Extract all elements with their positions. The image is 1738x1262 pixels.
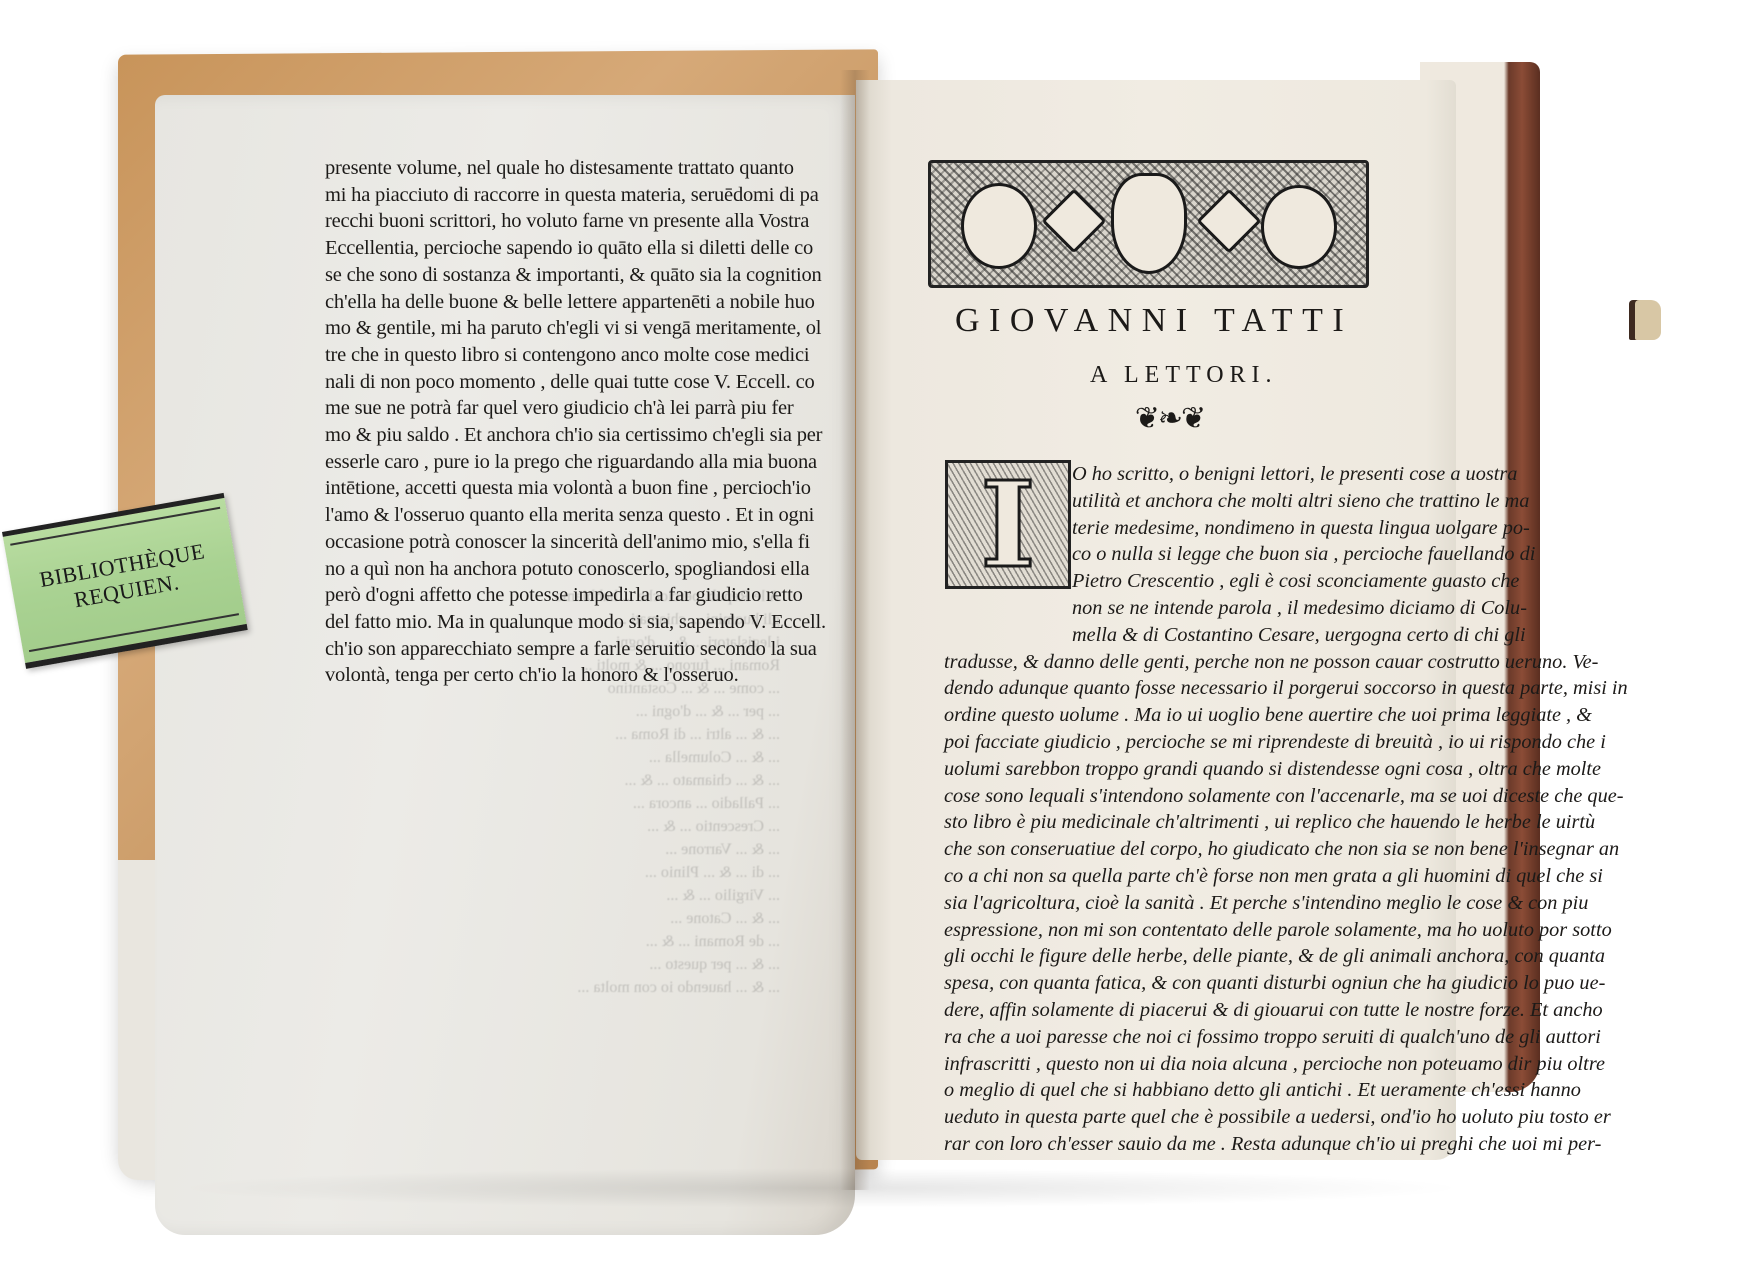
text-line: terie medesime, nondimeno in questa ling… (1072, 515, 1444, 542)
text-line: nali di non poco momento , delle quai tu… (325, 369, 775, 396)
bleed-line: gli huomini ... chiamati ... (310, 608, 780, 631)
diamond-ornament-icon (1041, 188, 1106, 253)
bleed-line: ... & ... Catone ... (310, 907, 780, 930)
woodcut-headpiece (928, 160, 1369, 288)
text-line: poi facciate giudicio , percioche se mi … (944, 729, 1444, 756)
text-line: co a chi non sa quella parte ch'è forse … (944, 863, 1444, 890)
bleed-line: ... Palladio ... ancora ... (310, 792, 780, 815)
text-line: ch'ella ha delle buone & belle lettere a… (325, 289, 775, 316)
text-line: recchi buoni scrittori, ho voluto farne … (325, 208, 775, 235)
bleed-line: ... Crescentio ... & ... (310, 815, 780, 838)
text-line: O ho scritto, o benigni lettori, le pres… (1072, 461, 1444, 488)
text-line: o meglio di quel che si habbiano detto g… (944, 1077, 1444, 1104)
text-line: uolumi sarebbon troppo grandi quando si … (944, 756, 1444, 783)
text-line: ra che a uoi paresse che noi ci fossimo … (944, 1024, 1444, 1051)
text-line: se che sono di sostanza & importanti, & … (325, 262, 775, 289)
chapter-subtitle: A LETTORI. (1090, 362, 1278, 389)
bleed-line: i legislatori ... & ... d'ogni ... (310, 631, 780, 654)
text-line: intētione, accetti questa mia volontà a … (325, 475, 775, 502)
text-line: esserle caro , pure io la prego che rigu… (325, 449, 775, 476)
text-line: gli occhi le figure delle herbe, delle p… (944, 943, 1444, 970)
bleed-line: ... & ... per questo ... (310, 953, 780, 976)
text-line: ueduto in questa parte quel che è possib… (944, 1104, 1444, 1131)
text-line: ordine questo uolume . Ma io ui uoglio b… (944, 702, 1444, 729)
fleuron-ornament-icon: ❦❧❦ (1122, 398, 1217, 440)
text-line: mi ha piacciuto di raccorre in questa ma… (325, 182, 775, 209)
text-line: dere, affin solamente di piacerui & di g… (944, 997, 1444, 1024)
text-line: spesa, con quanta fatica, & con quanti d… (944, 970, 1444, 997)
text-line: sia l'agricoltura, cioè la sanità . Et p… (944, 890, 1444, 917)
text-line: me sue ne potrà far quel vero giudicio c… (325, 395, 775, 422)
chapter-title: GIOVANNI TATTI (955, 302, 1360, 340)
text-line: infrascritti , questo non ui dia noia al… (944, 1051, 1444, 1078)
bleed-line: ... per ... & ... d'ogni ... (310, 700, 780, 723)
binding-tie (1635, 300, 1661, 340)
diamond-ornament-icon (1196, 188, 1261, 253)
text-line: cose sono lequali s'intendono solamente … (944, 783, 1444, 810)
bleed-line: ... de Romani ... & ... (310, 930, 780, 953)
text-line: co o nulla si legge che buon sia , perci… (1072, 541, 1444, 568)
text-line: mo & gentile, mi ha paruto ch'egli vi si… (325, 315, 775, 342)
bleed-line: ... Virgilio ... & ... (310, 884, 780, 907)
bleed-line: Romani ... furono ... & molti ... (310, 654, 780, 677)
book-shadow (170, 1168, 1470, 1208)
bleed-line: A le Repub. percioche ... habbiamo (310, 585, 780, 608)
mask-ornament-icon (1111, 173, 1187, 274)
text-line: presente volume, nel quale ho distesamen… (325, 155, 775, 182)
text-line: che son conseruatiue del corpo, ho giudi… (944, 836, 1444, 863)
bleed-line: ... di ... & ... Plinio ... (310, 861, 780, 884)
text-line: l'amo & l'osseruo quanto ella merita sen… (325, 502, 775, 529)
bleed-line: ... come ... & ... Costantino (310, 677, 780, 700)
text-line: tradusse, & danno delle genti, perche no… (944, 649, 1444, 676)
text-line: no a quì non ha anchora potuto conoscerl… (325, 556, 775, 583)
text-line: Eccellentia, percioche sapendo io quāto … (325, 235, 775, 262)
text-line: rar con loro ch'esser sauio da me . Rest… (944, 1131, 1444, 1158)
text-line: mella & di Costantino Cesare, uergogna c… (1072, 622, 1444, 649)
text-line: occasione potrà conoscer la sincerità de… (325, 529, 775, 556)
bleed-line: ... & ... altri ... di Roma ... (310, 723, 780, 746)
putto-ornament-icon (1261, 185, 1337, 269)
text-line: mo & piu saldo . Et anchora ch'io sia ce… (325, 422, 775, 449)
bleed-through-text: A le Repub. percioche ... habbiamo gli h… (310, 585, 780, 999)
right-page-text: O ho scritto, o benigni lettori, le pres… (944, 461, 1444, 1158)
open-book: presente volume, nel quale ho distesamen… (0, 0, 1738, 1262)
book-gutter (840, 70, 870, 1190)
text-line: utilità et anchora che molti altri sieno… (1072, 488, 1444, 515)
bleed-line: ... & ... hauendo io con molta ... (310, 976, 780, 999)
bleed-line: ... & ... Varrone ... (310, 838, 780, 861)
text-line: dendo adunque quanto fosse necessario il… (944, 675, 1444, 702)
putto-ornament-icon (961, 183, 1037, 269)
text-line: tre che in questo libro si contengono an… (325, 342, 775, 369)
text-line: sto libro è piu medicinale ch'altrimenti… (944, 809, 1444, 836)
bleed-line: ... & ... Columella ... (310, 746, 780, 769)
bleed-line: ... & ... chiamato ... & ... (310, 769, 780, 792)
text-line: Pietro Crescentio , egli è cosi sconciam… (1072, 568, 1444, 595)
text-line: espressione, non mi son contentato delle… (944, 917, 1444, 944)
text-line: non se ne intende parola , il medesimo d… (1072, 595, 1444, 622)
